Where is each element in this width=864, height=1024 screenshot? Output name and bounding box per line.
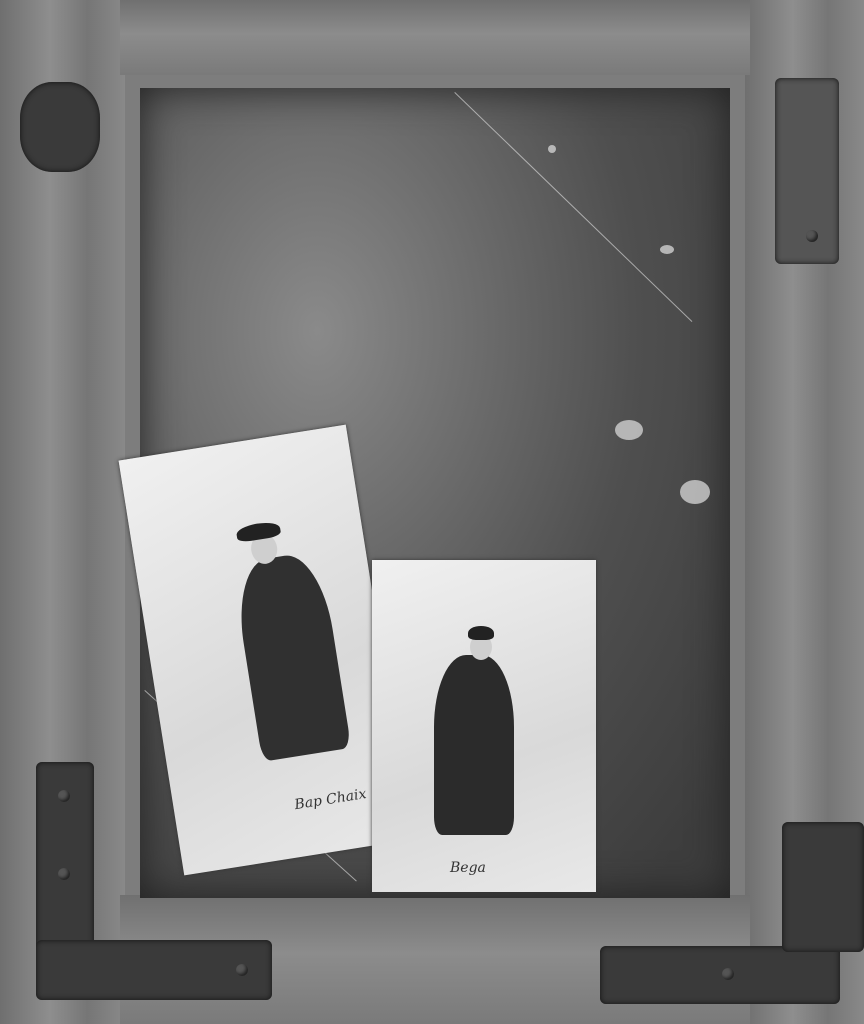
rivet — [58, 868, 70, 880]
figure — [231, 550, 351, 762]
fleck — [615, 420, 643, 440]
rivet — [58, 790, 70, 802]
frame-top — [120, 0, 750, 75]
rivet — [722, 968, 734, 980]
photograph: Bap Chaix Bega — [0, 0, 864, 1024]
signature: Bega — [450, 860, 486, 876]
rivet — [236, 964, 248, 976]
portrait-photo-man: Bega — [372, 560, 596, 892]
latch-knob — [20, 82, 100, 172]
figure — [434, 655, 514, 835]
fleck — [680, 480, 710, 504]
rivet — [806, 230, 818, 242]
fleck — [548, 145, 556, 153]
fleck — [660, 245, 674, 254]
signature: Bap Chaix — [293, 786, 367, 813]
hinge-horizontal — [600, 946, 840, 1004]
hat — [468, 626, 494, 640]
hinge-vertical — [782, 822, 864, 952]
